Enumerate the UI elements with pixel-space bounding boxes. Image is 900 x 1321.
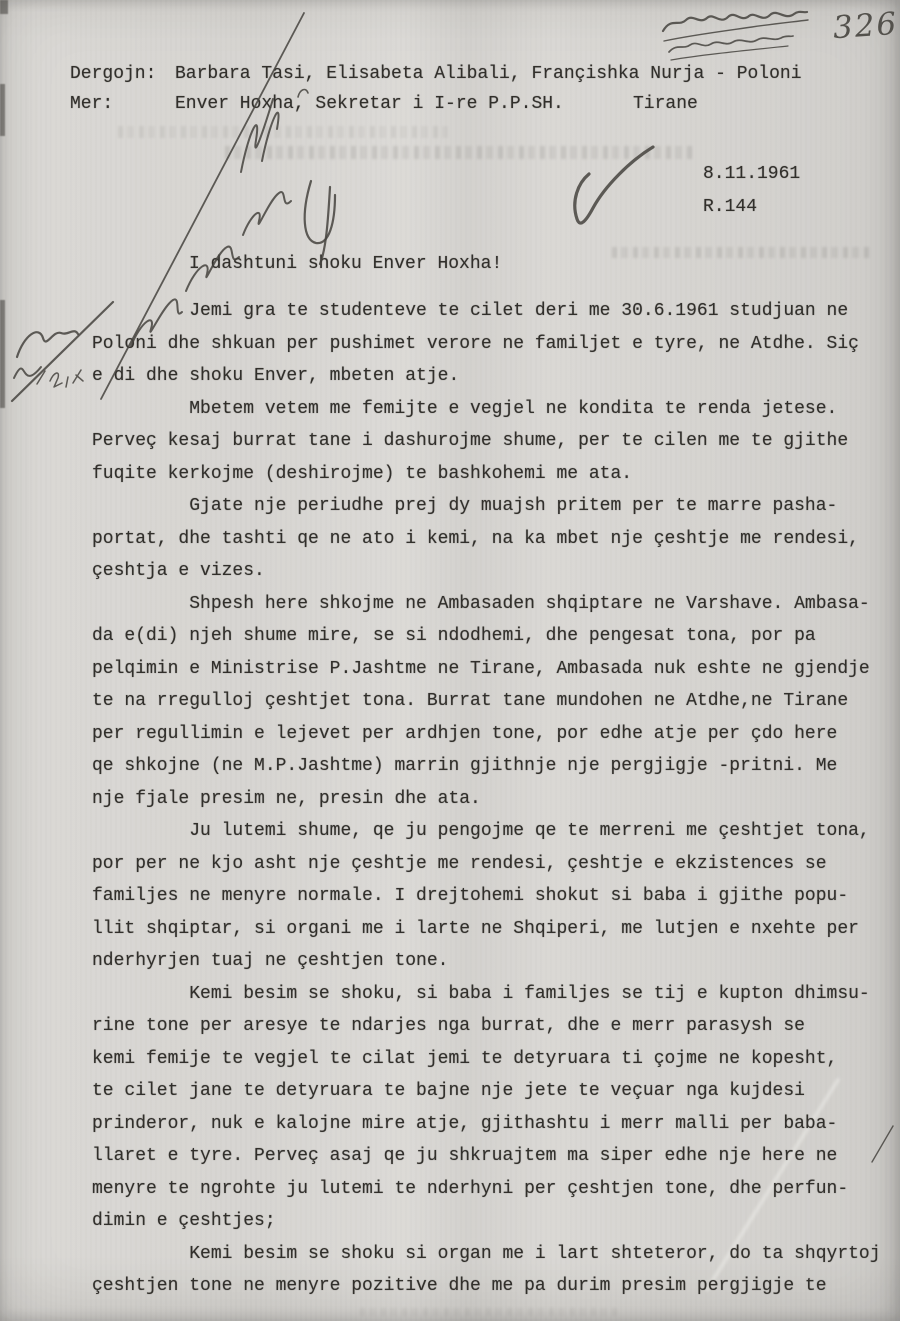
recipient-value: Enver Hoxha, Sekretar i I-re P.P.SH. — [175, 94, 564, 114]
handwritten-routing-note — [663, 12, 808, 60]
ghost-text-band — [360, 1308, 620, 1316]
letter-line: e di dhe shoku Enver, mbeten atje. — [92, 360, 900, 393]
scan-edge-mark — [0, 84, 5, 136]
letter-line: Ju lutemi shume, qe ju pengojme qe te me… — [92, 815, 900, 848]
letter-line: llit shqiptar, si organi me i larte ne S… — [92, 913, 900, 946]
letter-line: por per ne kjo asht nje çeshtje me rende… — [92, 848, 900, 881]
letter-line: Kemi besim se shoku, si baba i familjes … — [92, 978, 900, 1011]
letter-line: qe shkojne (ne M.P.Jashtme) marrin gjith… — [92, 750, 900, 783]
letter-date: 8.11.1961 — [703, 164, 800, 184]
letter-line: familjes ne menyre normale. I drejtohemi… — [92, 880, 900, 913]
sender-label: Dergojn: — [70, 64, 156, 84]
checkmark-annotation — [575, 147, 653, 223]
letter-line: rine tone per aresye te ndarjes nga burr… — [92, 1010, 900, 1043]
letter-line: çeshtja e vizes. — [92, 555, 900, 588]
letter-line: pelqimin e Ministrise P.Jashtme ne Tiran… — [92, 653, 900, 686]
letter-line: llaret e tyre. Perveç asaj qe ju shkruaj… — [92, 1140, 900, 1173]
ghost-text-band — [118, 126, 448, 138]
scan-edge-mark — [0, 0, 8, 14]
letter-line: çeshtjen tone ne menyre pozitive dhe me … — [92, 1270, 900, 1303]
letter-line: portat, dhe tashti qe ne ato i kemi, na … — [92, 523, 900, 556]
letter-line: nderhyrjen tuaj ne çeshtjen tone. — [92, 945, 900, 978]
letter-line: te cilet jane te detyruara te bajne nje … — [92, 1075, 900, 1108]
letter-line: fuqite kerkojme (deshirojme) te bashkohe… — [92, 458, 900, 491]
letter-line: prinderor, nuk e kalojne mire atje, gjit… — [92, 1108, 900, 1141]
letter-line: nje fjale presim ne, presin dhe ata. — [92, 783, 900, 816]
letter-line: per regullimin e lejevet per ardhjen ton… — [92, 718, 900, 751]
recipient-label: Mer: — [70, 94, 113, 114]
letter-line: kemi femije te vegjel te cilat jemi te d… — [92, 1043, 900, 1076]
letter-line: menyre te ngrohte ju lutemi te nderhyni … — [92, 1173, 900, 1206]
ghost-text-band — [612, 247, 870, 258]
sender-value: Barbara Tasi, Elisabeta Alibali, Françis… — [175, 64, 802, 84]
scanned-letter-page: Dergojn: Barbara Tasi, Elisabeta Alibali… — [0, 0, 900, 1321]
letter-line: Jemi gra te studenteve te cilet deri me … — [92, 295, 900, 328]
letter-line: Poloni dhe shkuan per pushimet verore ne… — [92, 328, 900, 361]
letter-line: da e(di) njeh shume mire, se si ndodhemi… — [92, 620, 900, 653]
letter-body: Jemi gra te studenteve te cilet deri me … — [92, 295, 900, 1303]
recipient-city: Tirane — [633, 94, 698, 114]
salutation: I dashtuni shoku Enver Hoxha! — [189, 254, 502, 274]
letter-reference: R.144 — [703, 197, 757, 217]
letter-line: te na rregulloj çeshtjet tona. Burrat ta… — [92, 685, 900, 718]
ghost-text-band — [225, 146, 695, 159]
letter-line: Kemi besim se shoku si organ me i lart s… — [92, 1238, 900, 1271]
letter-line: Mbetem vetem me femijte e vegjel ne kond… — [92, 393, 900, 426]
letter-line: Gjate nje periudhe prej dy muajsh pritem… — [92, 490, 900, 523]
page-number-annotation: 326 — [832, 7, 899, 45]
scan-edge-mark — [0, 300, 5, 408]
letter-line: dimin e çeshtjes; — [92, 1205, 900, 1238]
letter-line: Shpesh here shkojme ne Ambasaden shqipta… — [92, 588, 900, 621]
letter-line: Perveç kesaj burrat tane i dashurojme sh… — [92, 425, 900, 458]
